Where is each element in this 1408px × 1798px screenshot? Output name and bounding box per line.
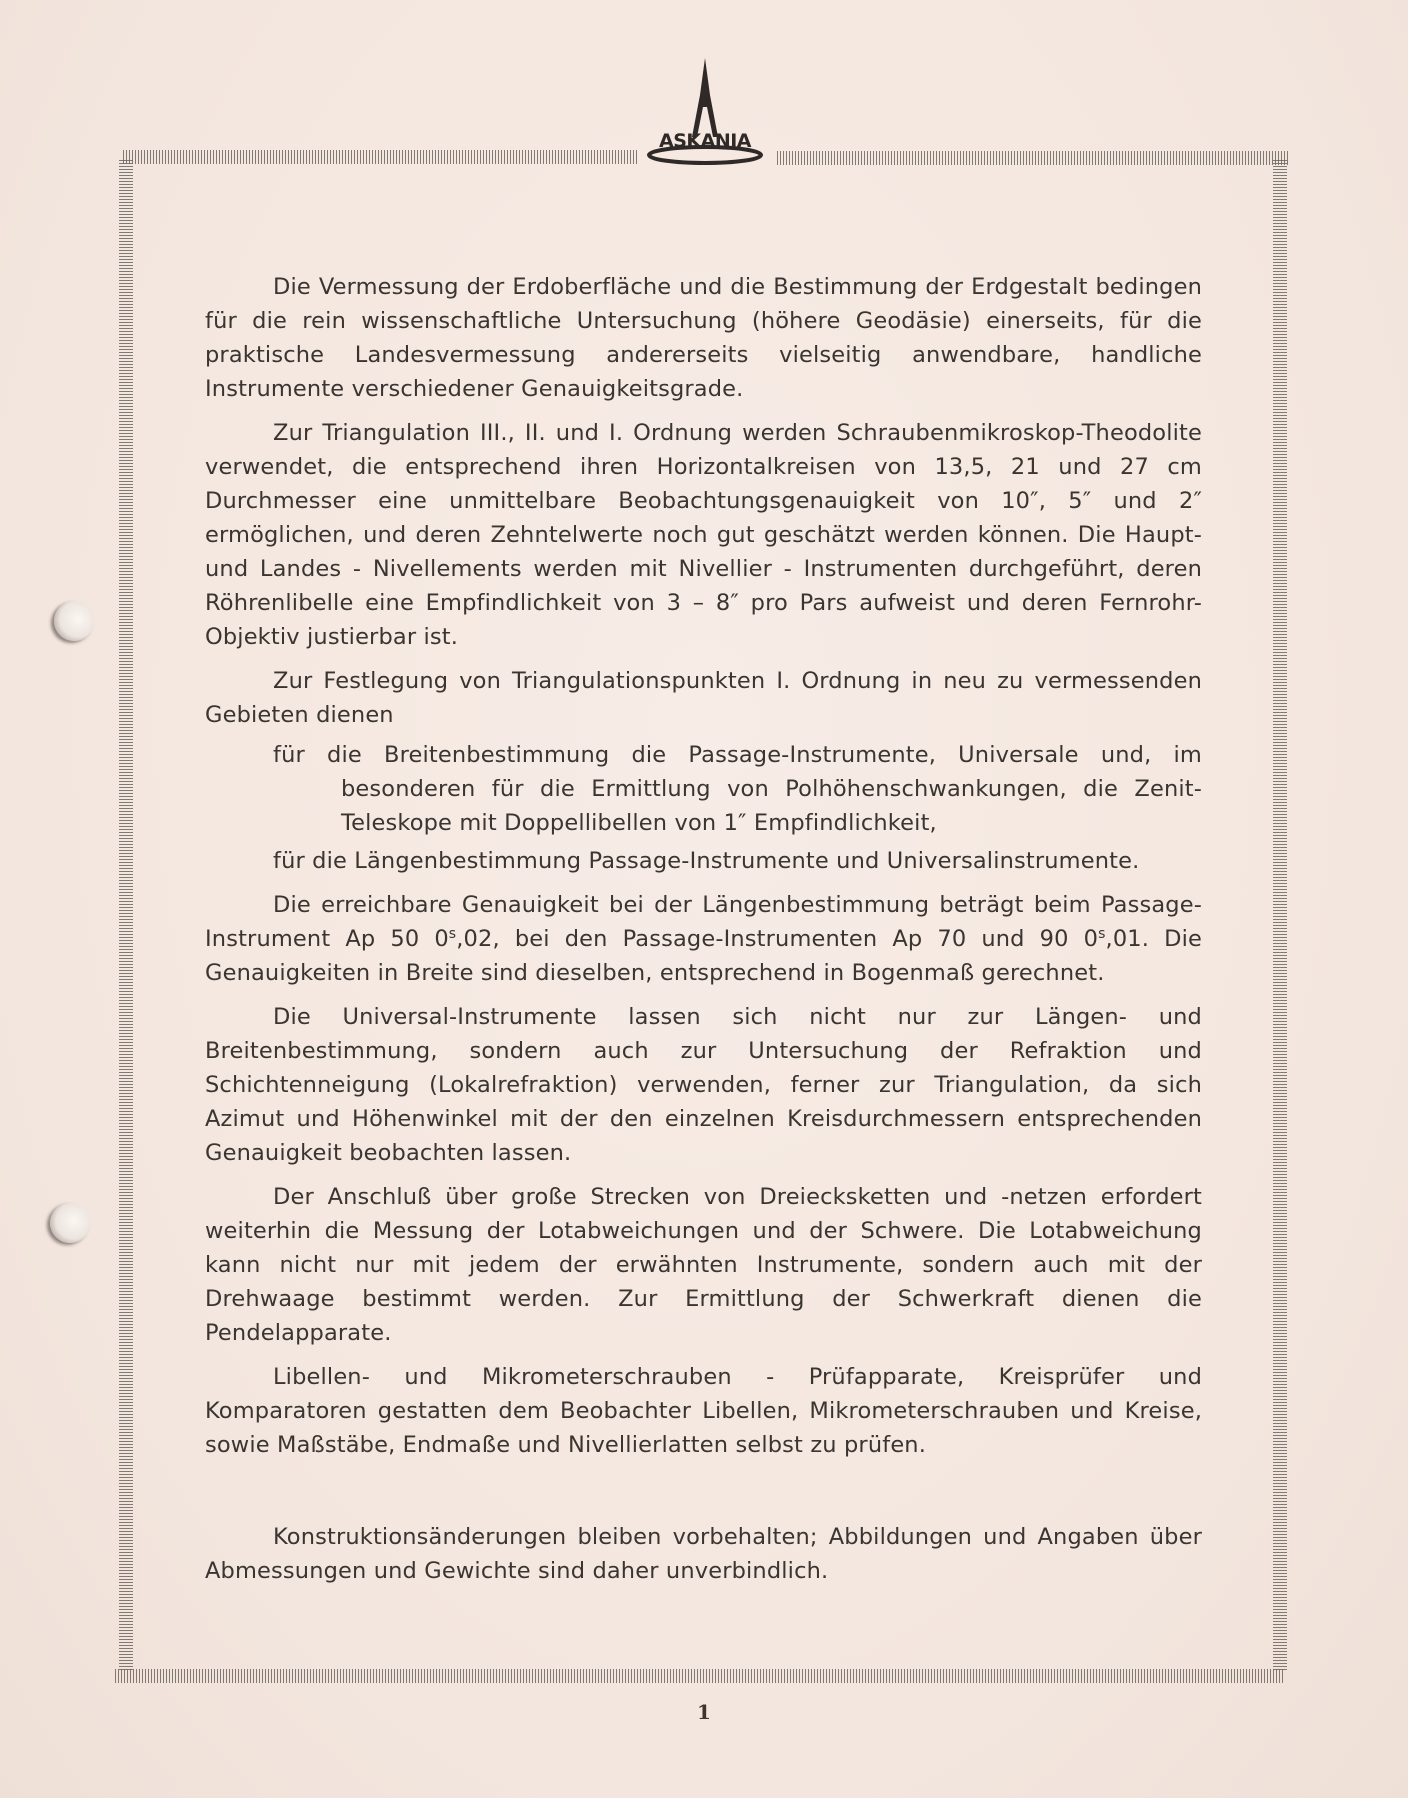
askania-logo: ASKANIA (640, 55, 770, 170)
accuracy-superscript-2: s (1098, 926, 1105, 942)
body-text: Die Vermessung der Erdoberfläche und die… (205, 270, 1202, 1598)
paragraph-triangulation-points: Zur Festlegung von Triangulationspunkten… (205, 664, 1202, 732)
askania-logo-mark: ASKANIA (640, 55, 770, 170)
paragraph-accuracy: Die erreichbare Genauigkeit bei der Läng… (205, 888, 1202, 990)
frame-bottom (115, 1669, 1283, 1683)
frame-top-left (123, 150, 637, 164)
paragraph-testing-devices: Libellen- und Mikrometerschrauben - Prüf… (205, 1360, 1202, 1462)
paragraph-intro: Die Vermessung der Erdoberfläche und die… (205, 270, 1202, 406)
page-number: 1 (0, 1700, 1408, 1724)
paragraph-triangulation: Zur Triangulation III., II. und I. Ordnu… (205, 416, 1202, 654)
accuracy-text-2: ,02, bei den Passage-Instrumenten Ap 70 … (456, 926, 1098, 952)
frame-top-right (777, 151, 1290, 165)
document-page: ASKANIA Die Vermessung der Erdoberfläche… (0, 0, 1408, 1798)
paragraph-universal-instruments: Die Universal-Instrumente lassen sich ni… (205, 1000, 1202, 1170)
list-item-latitude: für die Breitenbestimmung die Passage-In… (273, 738, 1202, 840)
paragraph-gravity: Der Anschluß über große Strecken von Dre… (205, 1180, 1202, 1350)
punch-hole-upper (54, 601, 94, 641)
punch-hole-lower (50, 1203, 90, 1243)
frame-left (119, 160, 133, 1670)
frame-right (1273, 160, 1287, 1670)
disclaimer-note: Konstruktionsänderungen bleiben vorbehal… (205, 1520, 1202, 1588)
list-item-longitude: für die Längenbestimmung Passage-Instrum… (273, 844, 1202, 878)
